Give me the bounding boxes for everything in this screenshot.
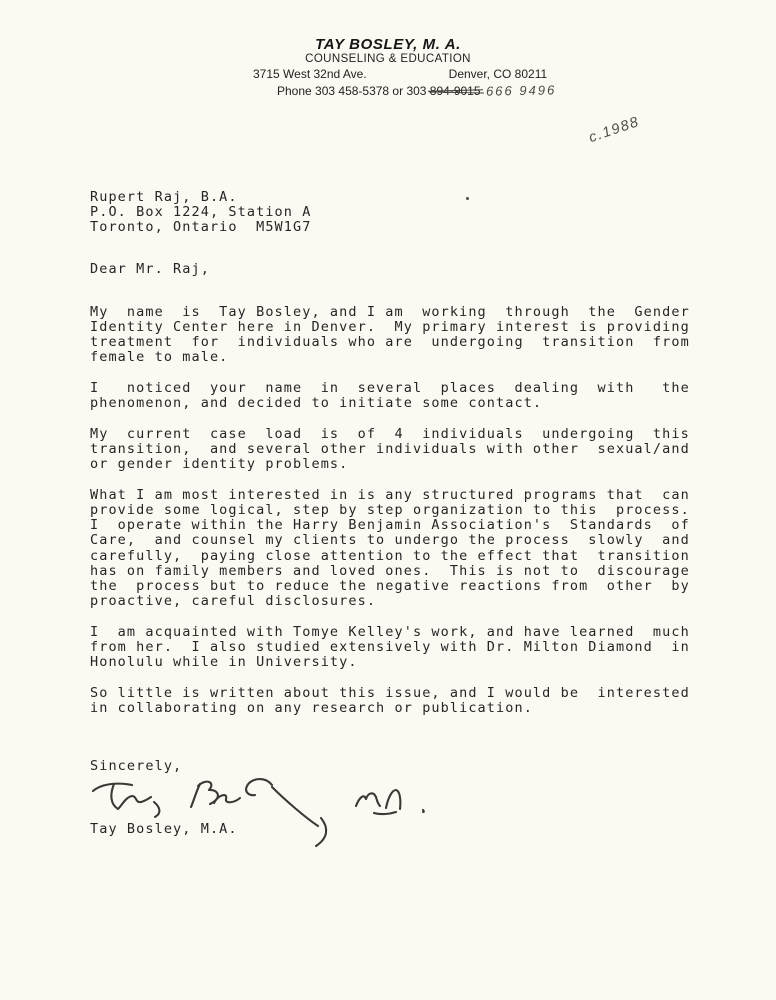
- paragraph-6: So little is written about this issue, a…: [90, 686, 690, 716]
- letterhead-phone-prefix: Phone 303 458-5378 or 303: [277, 84, 430, 98]
- signature-stroke: [272, 787, 318, 826]
- letterhead-street: 3715 West 32nd Ave.: [253, 67, 367, 81]
- letter-page: TAY BOSLEY, M. A. COUNSELING & EDUCATION…: [0, 0, 776, 1000]
- salutation: Dear Mr. Raj,: [90, 262, 690, 277]
- letterhead-address-row: 3715 West 32nd Ave.Denver, CO 80211: [253, 67, 547, 81]
- paragraph-1: My name is Tay Bosley, and I am working …: [90, 305, 690, 366]
- signature-stroke: [386, 790, 400, 809]
- signature-stroke: [191, 784, 200, 807]
- struck-phone-number: 894-9015: [430, 84, 481, 98]
- handwritten-phone-number: 666 9496: [485, 82, 555, 98]
- signature-stroke: [316, 818, 326, 846]
- letterhead-phone-row: Phone 303 458-5378 or 303 894-9015666 94…: [277, 83, 556, 98]
- letterhead-subtitle: COUNSELING & EDUCATION: [0, 53, 776, 65]
- paragraph-3: My current case load is of 4 individuals…: [90, 427, 690, 473]
- signature-stroke: [111, 784, 151, 809]
- letterhead-name: TAY BOSLEY, M. A.: [0, 36, 776, 53]
- paragraph-5: I am acquainted with Tomye Kelley's work…: [90, 625, 690, 671]
- handwritten-signature-icon: [88, 776, 433, 854]
- letterhead-city: Denver, CO 80211: [449, 67, 548, 81]
- valediction: Sincerely,: [90, 759, 690, 774]
- signature-stroke: [246, 779, 272, 795]
- signature-stroke: [374, 812, 396, 814]
- handwritten-date-note: c.1988: [587, 114, 642, 146]
- letter-body: Rupert Raj, B.A. P.O. Box 1224, Station …: [90, 190, 690, 837]
- recipient-address: Rupert Raj, B.A. P.O. Box 1224, Station …: [90, 190, 690, 236]
- paragraph-2: I noticed your name in several places de…: [90, 381, 690, 411]
- signature-stroke: [423, 810, 424, 812]
- signature-stroke: [154, 802, 159, 817]
- signature-stroke: [356, 793, 380, 806]
- paragraph-4: What I am most interested in is any stru…: [90, 488, 690, 610]
